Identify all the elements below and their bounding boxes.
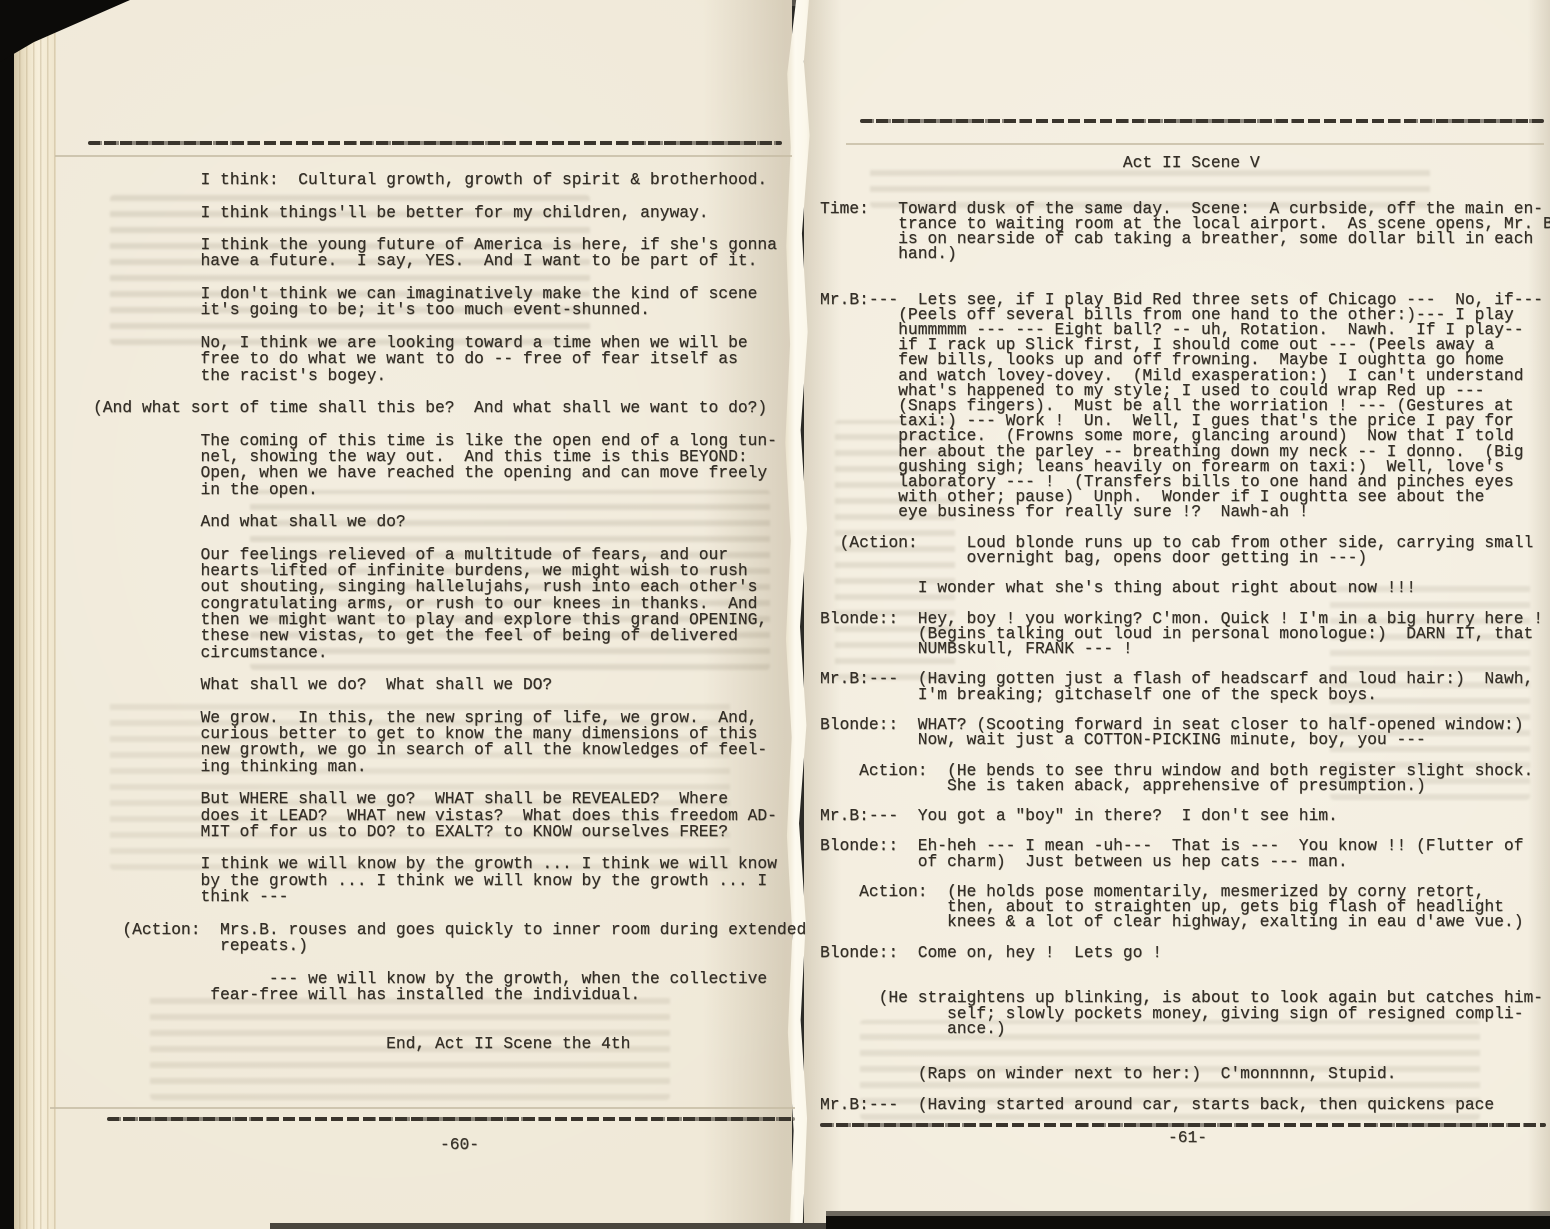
text-block: (He straightens up blinking, is about to…	[820, 990, 1548, 1036]
text-block: Time: Toward dusk of the same day. Scene…	[820, 201, 1548, 262]
text-block: Mr.B:--- (Having started around car, sta…	[820, 1097, 1548, 1112]
rule-top-right-dashed	[860, 119, 1544, 123]
text-line: She is taken aback, apprehensive of pres…	[820, 778, 1548, 793]
text-block: Action: (He bends to see thru window and…	[820, 763, 1548, 793]
text-line: (And what sort of time shall this be? An…	[93, 400, 793, 416]
rule-top-left-faint	[55, 155, 792, 157]
text-line: End, Act II Scene the 4th	[93, 1036, 793, 1052]
text-block: (And what sort of time shall this be? An…	[93, 400, 793, 416]
rule-bottom-right-dashed	[820, 1123, 1546, 1127]
right-page-text: Act II Scene VTime: Toward dusk of the s…	[820, 155, 1548, 1112]
text-block: I think the young future of America is h…	[93, 237, 793, 270]
text-line: the racist's bogey.	[93, 368, 793, 384]
book-edge-bottom	[270, 1223, 850, 1229]
text-block: Blonde:: Hey, boy ! you working? C'mon. …	[820, 611, 1548, 657]
text-block: I think we will know by the growth ... I…	[93, 856, 793, 905]
text-line: in the open.	[93, 482, 793, 498]
text-line: overnight bag, opens door getting in ---…	[820, 550, 1548, 565]
text-line: think ---	[93, 889, 793, 905]
text-block: Our feelings relieved of a multitude of …	[93, 547, 793, 661]
text-block: I think things'll be better for my child…	[93, 205, 793, 221]
book-edge-bottom-right	[826, 1216, 1550, 1229]
text-block: No, I think we are looking toward a time…	[93, 335, 793, 384]
page-number-left: -60-	[440, 1135, 479, 1154]
text-line: hand.)	[820, 246, 1548, 261]
text-block: End, Act II Scene the 4th	[93, 1036, 793, 1052]
text-line: Mr.B:--- You got a "boy" in there? I don…	[820, 808, 1548, 823]
page-number-right: -61-	[1168, 1128, 1207, 1147]
text-line: have a future. I say, YES. And I want to…	[93, 253, 793, 269]
rule-bottom-left-dashed	[107, 1117, 795, 1121]
text-line: fear-free will has installed the individ…	[93, 987, 793, 1003]
rule-top-right-faint	[846, 143, 1544, 145]
text-block: Act II Scene V	[820, 155, 1548, 170]
left-page-text: I think: Cultural growth, growth of spir…	[93, 172, 793, 1052]
text-block: (Raps on winder next to her:) C'monnnnn,…	[820, 1066, 1548, 1081]
text-block: The coming of this time is like the open…	[93, 433, 793, 498]
text-block: What shall we do? What shall we DO?	[93, 677, 793, 693]
text-line: NUMBskull, FRANK --- !	[820, 641, 1548, 656]
text-line: I think: Cultural growth, growth of spir…	[93, 172, 793, 188]
text-block: Action: (He holds pose momentarily, mesm…	[820, 884, 1548, 930]
text-line: repeats.)	[93, 938, 793, 954]
text-block: Blonde:: Come on, hey ! Lets go !	[820, 945, 1548, 960]
text-block: Blonde:: WHAT? (Scooting forward in seat…	[820, 717, 1548, 747]
text-line: it's going to be; it's too much event-sh…	[93, 302, 793, 318]
text-block: We grow. In this, the new spring of life…	[93, 710, 793, 775]
text-block: I think: Cultural growth, growth of spir…	[93, 172, 793, 188]
text-line: Act II Scene V	[820, 155, 1548, 170]
text-block: --- we will know by the growth, when the…	[93, 971, 793, 1004]
text-line: I wonder what she's thing about right ab…	[820, 580, 1548, 595]
text-line: ance.)	[820, 1021, 1548, 1036]
page-edge-stack	[12, 10, 56, 1229]
text-block: Blonde:: Eh-heh --- I mean -uh--- That i…	[820, 838, 1548, 868]
text-line: I'm breaking; gitchaself one of the spec…	[820, 687, 1548, 702]
text-block: (Action: Mrs.B. rouses and goes quickly …	[93, 922, 793, 955]
text-block: But WHERE shall we go? WHAT shall be REV…	[93, 791, 793, 840]
scanned-book-spread: { "scan": { "left_page": { "page_number"…	[0, 0, 1550, 1229]
text-block: Mr.B:--- You got a "boy" in there? I don…	[820, 808, 1548, 823]
text-block: And what shall we do?	[93, 514, 793, 530]
rule-top-left-dashed	[88, 141, 782, 145]
text-line: circumstance.	[93, 645, 793, 661]
text-block: Mr.B:--- (Having gotten just a flash of …	[820, 671, 1548, 701]
text-block: (Action: Loud blonde runs up to cab from…	[820, 535, 1548, 565]
text-block: Mr.B:--- Lets see, if I play Bid Red thr…	[820, 292, 1548, 520]
text-line: And what shall we do?	[93, 514, 793, 530]
text-block: I don't think we can imaginatively make …	[93, 286, 793, 319]
text-line: Blonde:: Come on, hey ! Lets go !	[820, 945, 1548, 960]
text-line: MIT of for us to DO? to EXALT? to KNOW o…	[93, 824, 793, 840]
text-line: Now, wait just a COTTON-PICKING minute, …	[820, 732, 1548, 747]
book-edge-left	[0, 0, 14, 1229]
text-line: I think things'll be better for my child…	[93, 205, 793, 221]
text-line: ing thinking man.	[93, 759, 793, 775]
text-line: eye business for really sure !? Nawh-ah …	[820, 504, 1548, 519]
text-line: of charm) Just between us hep cats --- m…	[820, 854, 1548, 869]
rule-bottom-left-faint	[50, 1107, 795, 1109]
text-line: Mr.B:--- (Having started around car, sta…	[820, 1097, 1548, 1112]
text-line: knees & a lot of clear highway, exalting…	[820, 914, 1548, 929]
text-block: I wonder what she's thing about right ab…	[820, 580, 1548, 595]
text-line: (Raps on winder next to her:) C'monnnnn,…	[820, 1066, 1548, 1081]
text-line: What shall we do? What shall we DO?	[93, 677, 793, 693]
